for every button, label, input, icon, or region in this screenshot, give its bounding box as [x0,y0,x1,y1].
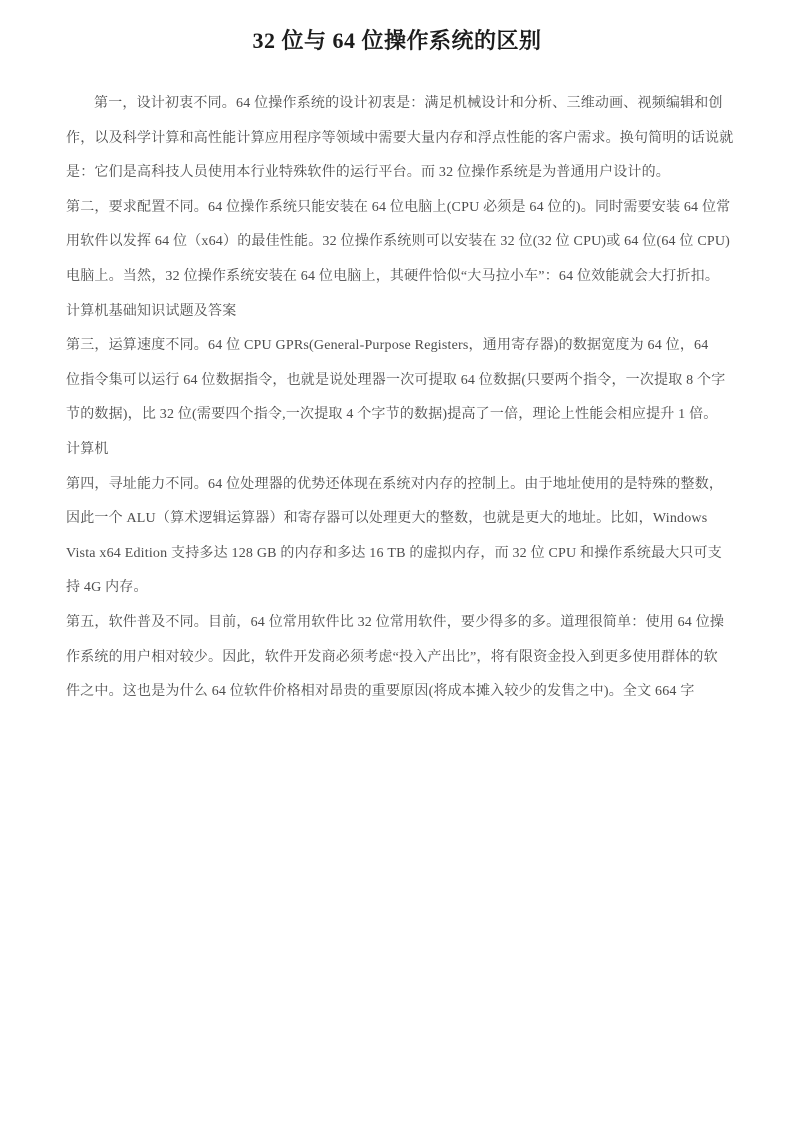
text-line: 用软件以发挥 64 位（x64）的最佳性能。32 位操作系统则可以安装在 32 … [66,225,728,260]
text-line: Vista x64 Edition 支持多达 128 GB 的内存和多达 16 … [66,537,728,572]
text-line: 第二，要求配置不同。64 位操作系统只能安装在 64 位电脑上(CPU 必须是 … [66,191,728,226]
text-line: 第四，寻址能力不同。64 位处理器的优势还体现在系统对内存的控制上。由于地址使用… [66,468,728,503]
text-line: 第三，运算速度不同。64 位 CPU GPRs(General-Purpose … [66,329,728,364]
text-line: 因此一个 ALU（算术逻辑运算器）和寄存器可以处理更大的整数，也就是更大的地址。… [66,502,728,537]
text-line: 节的数据)，比 32 位(需要四个指令,一次提取 4 个字节的数据)提高了一倍，… [66,398,728,433]
document-body: 第一，设计初衷不同。64 位操作系统的设计初衷是：满足机械设计和分析、三维动画、… [66,87,728,710]
text-line: 计算机 [66,433,728,468]
text-line: 第一，设计初衷不同。64 位操作系统的设计初衷是：满足机械设计和分析、三维动画、… [66,87,728,122]
text-line: 位指令集可以运行 64 位数据指令，也就是说处理器一次可提取 64 位数据(只要… [66,364,728,399]
document-title: 32 位与 64 位操作系统的区别 [0,0,794,56]
text-line: 作，以及科学计算和高性能计算应用程序等领域中需要大量内存和浮点性能的客户需求。换… [66,122,728,157]
text-line: 电脑上。当然，32 位操作系统安装在 64 位电脑上，其硬件恰似“大马拉小车”：… [66,260,728,295]
text-line: 第五，软件普及不同。目前，64 位常用软件比 32 位常用软件，要少得多的多。道… [66,606,728,641]
text-line: 计算机基础知识试题及答案 [66,295,728,330]
document-page: 32 位与 64 位操作系统的区别 第一，设计初衷不同。64 位操作系统的设计初… [0,0,794,1123]
text-line: 持 4G 内存。 [66,571,728,606]
text-line: 件之中。这也是为什么 64 位软件价格相对昂贵的重要原因(将成本摊入较少的发售之… [66,675,728,710]
text-line: 是：它们是高科技人员使用本行业特殊软件的运行平台。而 32 位操作系统是为普通用… [66,156,728,191]
text-line: 作系统的用户相对较少。因此，软件开发商必须考虑“投入产出比”，将有限资金投入到更… [66,641,728,676]
